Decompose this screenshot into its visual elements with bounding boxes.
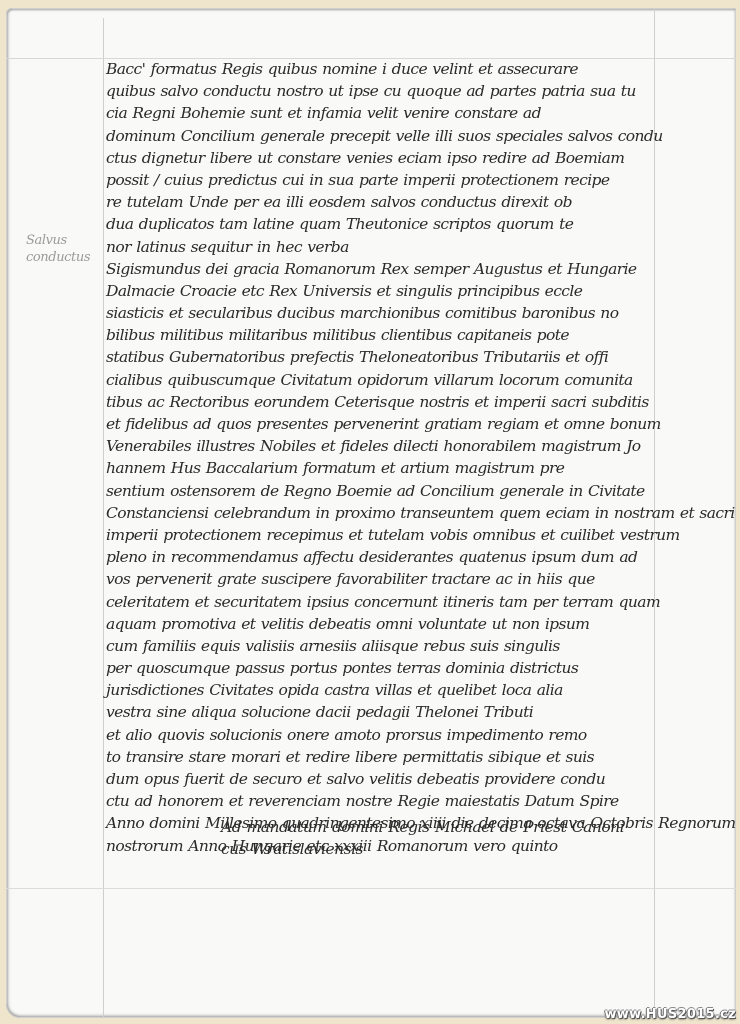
marginal-note: Salvus conductus: [26, 232, 90, 266]
text-line: hannem Hus Baccalarium formatum et artiu…: [106, 458, 686, 479]
text-line: to transire stare morari et redire liber…: [106, 746, 686, 767]
text-line: et alio quovis solucionis onere amoto pr…: [106, 724, 686, 745]
text-line: bilibus militibus militaribus militibus …: [106, 325, 686, 346]
text-line: celeritatem et securitatem ipsius concer…: [106, 591, 686, 612]
text-line: pleno in recommendamus affectu desideran…: [106, 547, 686, 568]
closing-line: Ad mandatum domini Regis Michael de Prie…: [221, 817, 691, 838]
text-line: Constanciensi celebrandum in proximo tra…: [106, 502, 686, 523]
text-line: Sigismundus dei gracia Romanorum Rex sem…: [106, 258, 686, 279]
text-line: vos pervenerit grate suscipere favorabil…: [106, 569, 686, 590]
text-line: sentium ostensorem de Regno Boemie ad Co…: [106, 480, 686, 501]
text-line: cia Regni Bohemie sunt et infamia velit …: [106, 103, 686, 124]
text-line: et fidelibus ad quos presentes perveneri…: [106, 414, 686, 435]
text-line: nor latinus sequitur in hec verba: [106, 236, 686, 257]
marginal-note-line: conductus: [26, 249, 90, 266]
left-ruling-line: [103, 18, 104, 1018]
text-line: dominum Concilium generale precepit vell…: [106, 125, 686, 146]
text-line: possit / cuius predictus cui in sua part…: [106, 169, 686, 190]
marginal-note-line: Salvus: [26, 232, 90, 249]
body-text: Bacc' formatus Regis quibus nomine i duc…: [106, 58, 686, 857]
text-line: siasticis et secularibus ducibus marchio…: [106, 303, 686, 324]
text-line: Dalmacie Croacie etc Rex Universis et si…: [106, 280, 686, 301]
text-line: Venerabiles illustres Nobiles et fideles…: [106, 436, 686, 457]
text-line: re tutelam Unde per ea illi eosdem salvo…: [106, 192, 686, 213]
text-line: ctus dignetur libere ut constare venies …: [106, 147, 686, 168]
site-watermark: www.HUS2015.cz: [604, 1007, 736, 1022]
text-line: vestra sine aliqua solucione dacii pedag…: [106, 702, 686, 723]
closing-text: Ad mandatum domini Regis Michael de Prie…: [221, 816, 691, 860]
text-line: aquam promotiva et velitis debeatis omni…: [106, 613, 686, 634]
text-line: cum familiis equis valisiis arnesiis ali…: [106, 635, 686, 656]
manuscript-page: Salvus conductus Bacc' formatus Regis qu…: [6, 8, 736, 1018]
text-line: per quoscumque passus portus pontes terr…: [106, 658, 686, 679]
text-line: Bacc' formatus Regis quibus nomine i duc…: [106, 59, 686, 80]
text-line: statibus Gubernatoribus prefectis Thelon…: [106, 347, 686, 368]
closing-line: cus Wratislaviensis: [221, 839, 691, 860]
text-line: quibus salvo conductu nostro ut ipse cu …: [106, 81, 686, 102]
text-line: dua duplicatos tam latine quam Theutonic…: [106, 214, 686, 235]
text-line: ctu ad honorem et reverenciam nostre Reg…: [106, 791, 686, 812]
text-line: jurisdictiones Civitates opida castra vi…: [106, 680, 686, 701]
text-line: cialibus quibuscumque Civitatum opidorum…: [106, 369, 686, 390]
text-line: dum opus fuerit de securo et salvo velit…: [106, 769, 686, 790]
bottom-ruling-line: [6, 888, 736, 889]
text-line: tibus ac Rectoribus eorundem Ceterisque …: [106, 391, 686, 412]
text-line: imperii protectionem recepimus et tutela…: [106, 524, 686, 545]
